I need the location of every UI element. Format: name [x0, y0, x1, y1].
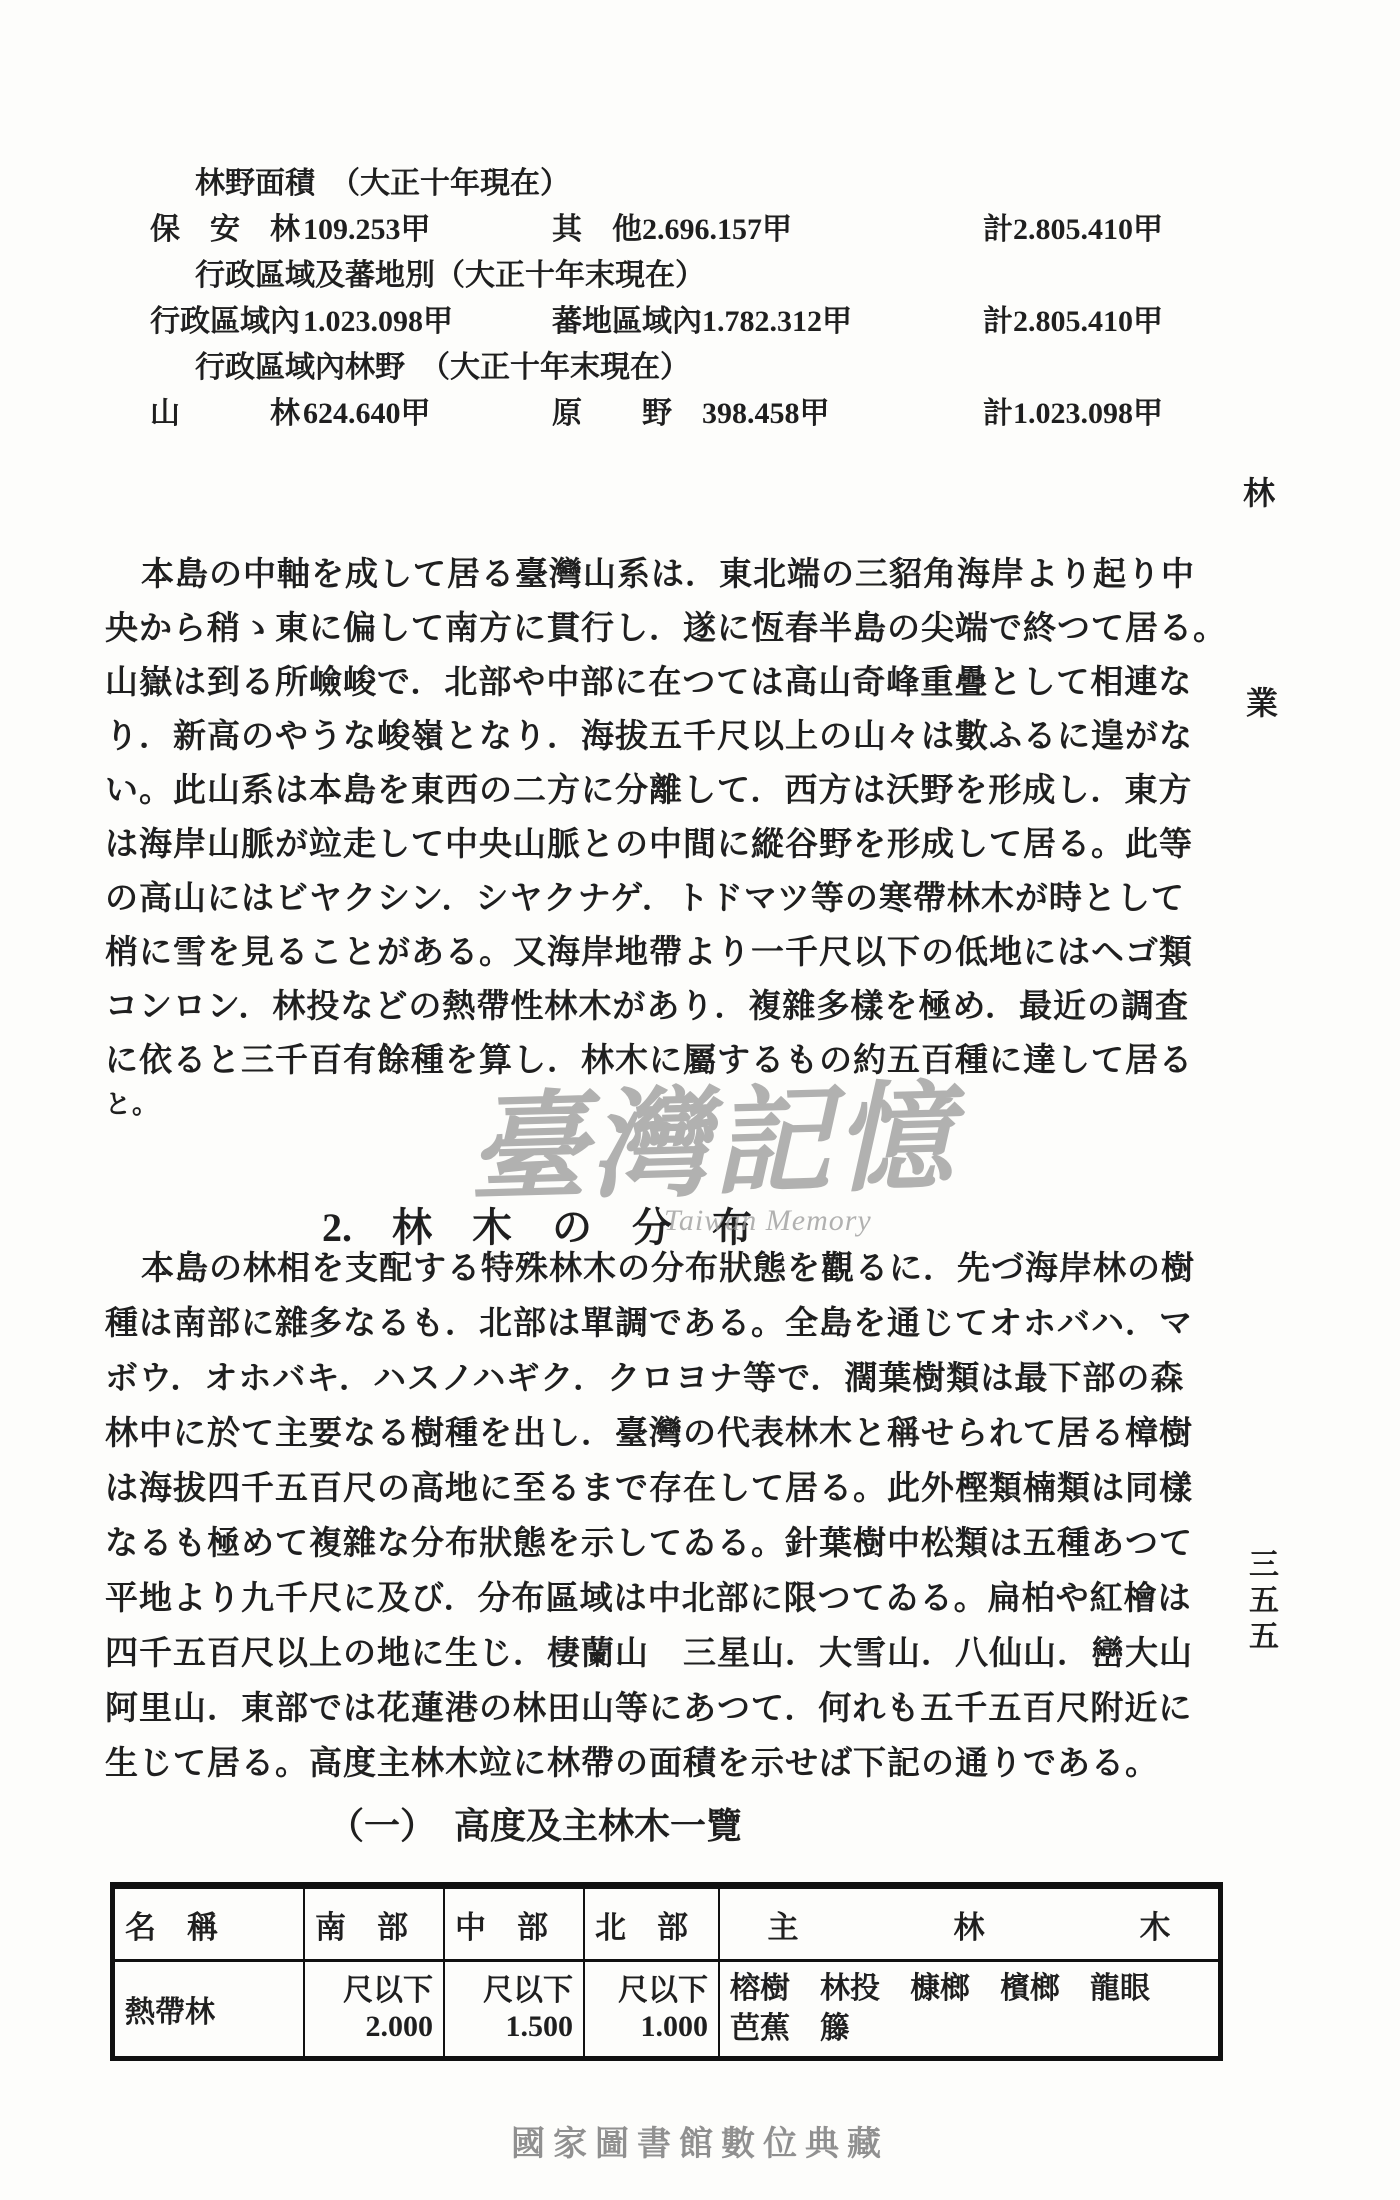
stats-heading-admin-district: 行政區域及蕃地別（大正十年末現在）	[195, 250, 1285, 294]
text-line: 種は南部に雜多なるも．北部は單調である。全島を通じてオホバハ．マ	[105, 1297, 1210, 1352]
scanned-book-page: 林野面積 （大正十年現在） 保 安 林 109.253甲 其 他2.696.15…	[0, 0, 1400, 2200]
cell-north-altitude: 尺以下 1.000	[584, 1961, 719, 2059]
col-header-central: 中 部	[444, 1886, 584, 1961]
text-line: い。此山系は本島を東西の二方に分離して．西方は沃野を形成し．東方	[105, 764, 1210, 818]
text-line: と。	[105, 1088, 1210, 1128]
text-line: 本島の中軸を成して居る臺灣山系は．東北端の三貂角海岸より起り中	[105, 548, 1210, 602]
text-line: 梢に雪を見ることがある。又海岸地帶より一千尺以下の低地にはヘゴ類	[105, 926, 1210, 980]
text-line: 生じて居る。高度主林木竝に林帶の面積を示せば下記の通りである。	[105, 1737, 1210, 1792]
text-line: なるも極めて複雜な分布狀態を示してゐる。針葉樹中松類は五種あつて	[105, 1517, 1210, 1572]
stat-value-2: 其 他2.696.157甲	[552, 204, 792, 248]
cell-south-altitude: 尺以下 2.000	[304, 1961, 444, 2059]
text-line: 四千五百尺以上の地に生じ．棲蘭山 三星山．大雪山．八仙山．巒大山	[105, 1627, 1210, 1682]
col-header-main-trees: 主 林 木	[719, 1886, 1221, 1961]
altitude-unit: 尺以下	[595, 1973, 708, 2009]
altitude-unit: 尺以下	[315, 1973, 433, 2009]
paragraph-tree-distribution: 本島の林相を支配する特殊林木の分布狀態を觀るに．先づ海岸林の樹 種は南部に雜多な…	[105, 1242, 1210, 1792]
library-credit: 國家圖書館數位典藏	[0, 2116, 1400, 2165]
stats-heading-forest-area: 林野面積 （大正十年現在）	[195, 158, 1285, 202]
stats-heading-admin-forest: 行政區域內林野 （大正十年末現在）	[195, 342, 1285, 386]
stats-row-mountain-forest: 山 林 624.640甲 原 野 398.458甲 計1.023.098甲	[130, 388, 1220, 432]
table-title-altitude-main-trees: （一） 高度及主林木一覽	[328, 1798, 742, 1849]
cell-forest-name: 熱帶林	[113, 1961, 305, 2059]
stat-value-1: 1.023.098甲	[303, 296, 453, 340]
text-line: 山嶽は到る所嶮峻で．北部や中部に在つては高山奇峰重疊として相連な	[105, 656, 1210, 710]
trees-line: 芭蕉 籐	[730, 2009, 1208, 2049]
col-header-south: 南 部	[304, 1886, 444, 1961]
stat-total: 計2.805.410甲	[983, 204, 1163, 248]
margin-title-char-industry: 業	[1246, 678, 1278, 724]
stat-label: 保 安 林	[150, 204, 300, 248]
cell-central-altitude: 尺以下 1.500	[444, 1961, 584, 2059]
text-line: 央から稍ゝ東に偏して南方に貫行し．遂に恆春半島の尖端で終つて居る。	[105, 602, 1210, 656]
text-line: 平地より九千尺に及び．分布區域は中北部に限つてゐる。扁柏や紅檜は	[105, 1572, 1210, 1627]
text-line: に依ると三千百有餘種を算し．林木に屬するもの約五百種に達して居る	[105, 1034, 1210, 1088]
altitude-value: 1.500	[455, 2009, 573, 2045]
stat-value-1: 109.253甲	[303, 204, 431, 248]
text-line: は海拔四千五百尺の高地に至るまで存在して居る。此外樫類楠類は同樣	[105, 1462, 1210, 1517]
stats-row-protection-forest: 保 安 林 109.253甲 其 他2.696.157甲 計2.805.410甲	[130, 204, 1220, 248]
altitude-main-trees-table: 名 稱 南 部 中 部 北 部 主 林 木 熱帶林 尺以下 2.000 尺以下 …	[110, 1882, 1223, 2061]
page-number: 三五五	[1238, 1548, 1282, 1656]
paragraph-mountain-system: 本島の中軸を成して居る臺灣山系は．東北端の三貂角海岸より起り中 央から稍ゝ東に偏…	[105, 548, 1210, 1128]
stat-value-2: 蕃地區域內1.782.312甲	[552, 296, 852, 340]
text-line: の高山にはビヤクシン．シヤクナゲ．トドマツ等の寒帶林木が時として	[105, 872, 1210, 926]
stat-label: 山 林	[150, 388, 300, 432]
altitude-unit: 尺以下	[455, 1973, 573, 2009]
text-line: ボウ．オホバキ．ハスノハギク．クロヨナ等で．濶葉樹類は最下部の森	[105, 1352, 1210, 1407]
text-line: 林中に於て主要なる樹種を出し．臺灣の代表林木と稱せられて居る樟樹	[105, 1407, 1210, 1462]
text-line: り．新高のやうな峻嶺となり．海拔五千尺以上の山々は數ふるに遑がな	[105, 710, 1210, 764]
altitude-value: 2.000	[315, 2009, 433, 2045]
cell-main-trees: 榕樹 林投 槺榔 檳榔 龍眼 芭蕉 籐	[719, 1961, 1221, 2059]
table-header-row: 名 稱 南 部 中 部 北 部 主 林 木	[113, 1886, 1221, 1961]
table-row-tropical-forest: 熱帶林 尺以下 2.000 尺以下 1.500 尺以下 1.000 榕樹 林投 …	[113, 1961, 1221, 2059]
section-heading-tree-distribution: 2. 林 木 の 分 布	[322, 1196, 752, 1253]
col-header-name: 名 稱	[113, 1886, 305, 1961]
stat-value-2: 原 野 398.458甲	[552, 388, 830, 432]
text-line: は海岸山脈が竝走して中央山脈との中間に縱谷野を形成して居る。此等	[105, 818, 1210, 872]
altitude-value: 1.000	[595, 2009, 708, 2045]
stat-value-1: 624.640甲	[303, 388, 431, 432]
text-line: コンロン．林投などの熱帶性林木があり．複雜多樣を極め．最近の調査	[105, 980, 1210, 1034]
col-header-north: 北 部	[584, 1886, 719, 1961]
stats-row-admin-district: 行政區域內 1.023.098甲 蕃地區域內1.782.312甲 計2.805.…	[130, 296, 1220, 340]
stat-total: 計1.023.098甲	[983, 388, 1163, 432]
stat-label: 行政區域內	[150, 296, 300, 340]
margin-title-char-forest: 林	[1243, 468, 1275, 514]
stat-total: 計2.805.410甲	[983, 296, 1163, 340]
trees-line: 榕樹 林投 槺榔 檳榔 龍眼	[730, 1969, 1208, 2009]
text-line: 阿里山．東部では花蓮港の林田山等にあつて．何れも五千五百尺附近に	[105, 1682, 1210, 1737]
